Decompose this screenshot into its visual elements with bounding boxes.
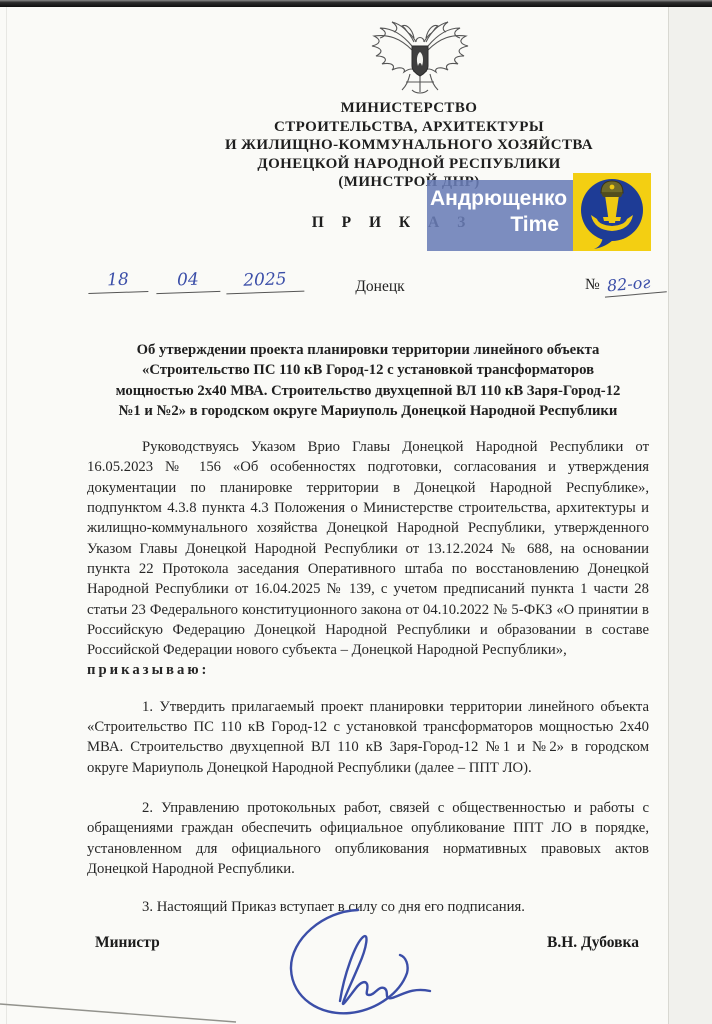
ministry-line: СТРОИТЕЛЬСТВА, АРХИТЕКТУРЫ — [53, 118, 712, 137]
order-document-page: МИНИСТЕРСТВО СТРОИТЕЛЬСТВА, АРХИТЕКТУРЫ … — [0, 0, 712, 1024]
scan-edge-top — [0, 0, 712, 7]
date-month: 04 — [156, 269, 221, 294]
dateline-row: 18 04 2025 Донецк № 82-ог — [0, 268, 712, 312]
handwritten-signature — [278, 903, 440, 1024]
document-body: Об утверждении проекта планировки террит… — [87, 340, 649, 954]
ministry-line: ДОНЕЦКОЙ НАРОДНОЙ РЕСПУБЛИКИ — [53, 155, 712, 174]
order-title-line: «Строительство ПС 110 кВ Город-12 с уста… — [87, 360, 649, 380]
watermark-line1: Андрющенко — [430, 186, 565, 212]
preamble-paragraph: Руководствуясь Указом Врио Главы Донецко… — [87, 437, 649, 681]
watermark-text-panel: Андрющенко Time — [427, 180, 573, 251]
order-title: Об утверждении проекта планировки террит… — [87, 340, 649, 421]
ministry-line: МИНИСТЕРСТВО — [53, 99, 712, 118]
order-verb: приказываю: — [87, 660, 649, 680]
signer-position: Министр — [87, 933, 160, 953]
channel-watermark: Андрющенко Time — [427, 173, 651, 251]
number-sign: № — [585, 276, 600, 293]
document-number: № 82-ог — [585, 274, 666, 295]
order-title-line: мощностью 2х40 МВА. Строительство двухце… — [87, 381, 649, 401]
signer-name: В.Н. Дубовка — [547, 933, 649, 953]
handwritten-date: 18 04 2025 — [88, 270, 304, 293]
order-title-line: Об утверждении проекта планировки террит… — [87, 340, 649, 360]
watermark-line2: Time — [430, 212, 565, 238]
order-item-1: 1. Утвердить прилагаемый проект планиров… — [87, 697, 649, 778]
city-label: Донецк — [330, 278, 430, 296]
ministry-line: И ЖИЛИЩНО-КОММУНАЛЬНОГО ХОЗЯЙСТВА — [53, 136, 712, 155]
dnr-emblem-icon — [362, 12, 478, 100]
date-year: 2025 — [226, 269, 305, 295]
scan-corner-fold — [0, 1000, 240, 1024]
handwritten-number: 82-ог — [603, 271, 667, 297]
order-item-2: 2. Управлению протокольных работ, связей… — [87, 798, 649, 879]
preamble-text: Руководствуясь Указом Врио Главы Донецко… — [87, 439, 649, 658]
order-title-line: №1 и №2» в городском округе Мариуполь До… — [87, 401, 649, 421]
anchor-logo-icon — [573, 173, 651, 251]
date-day: 18 — [88, 269, 149, 294]
